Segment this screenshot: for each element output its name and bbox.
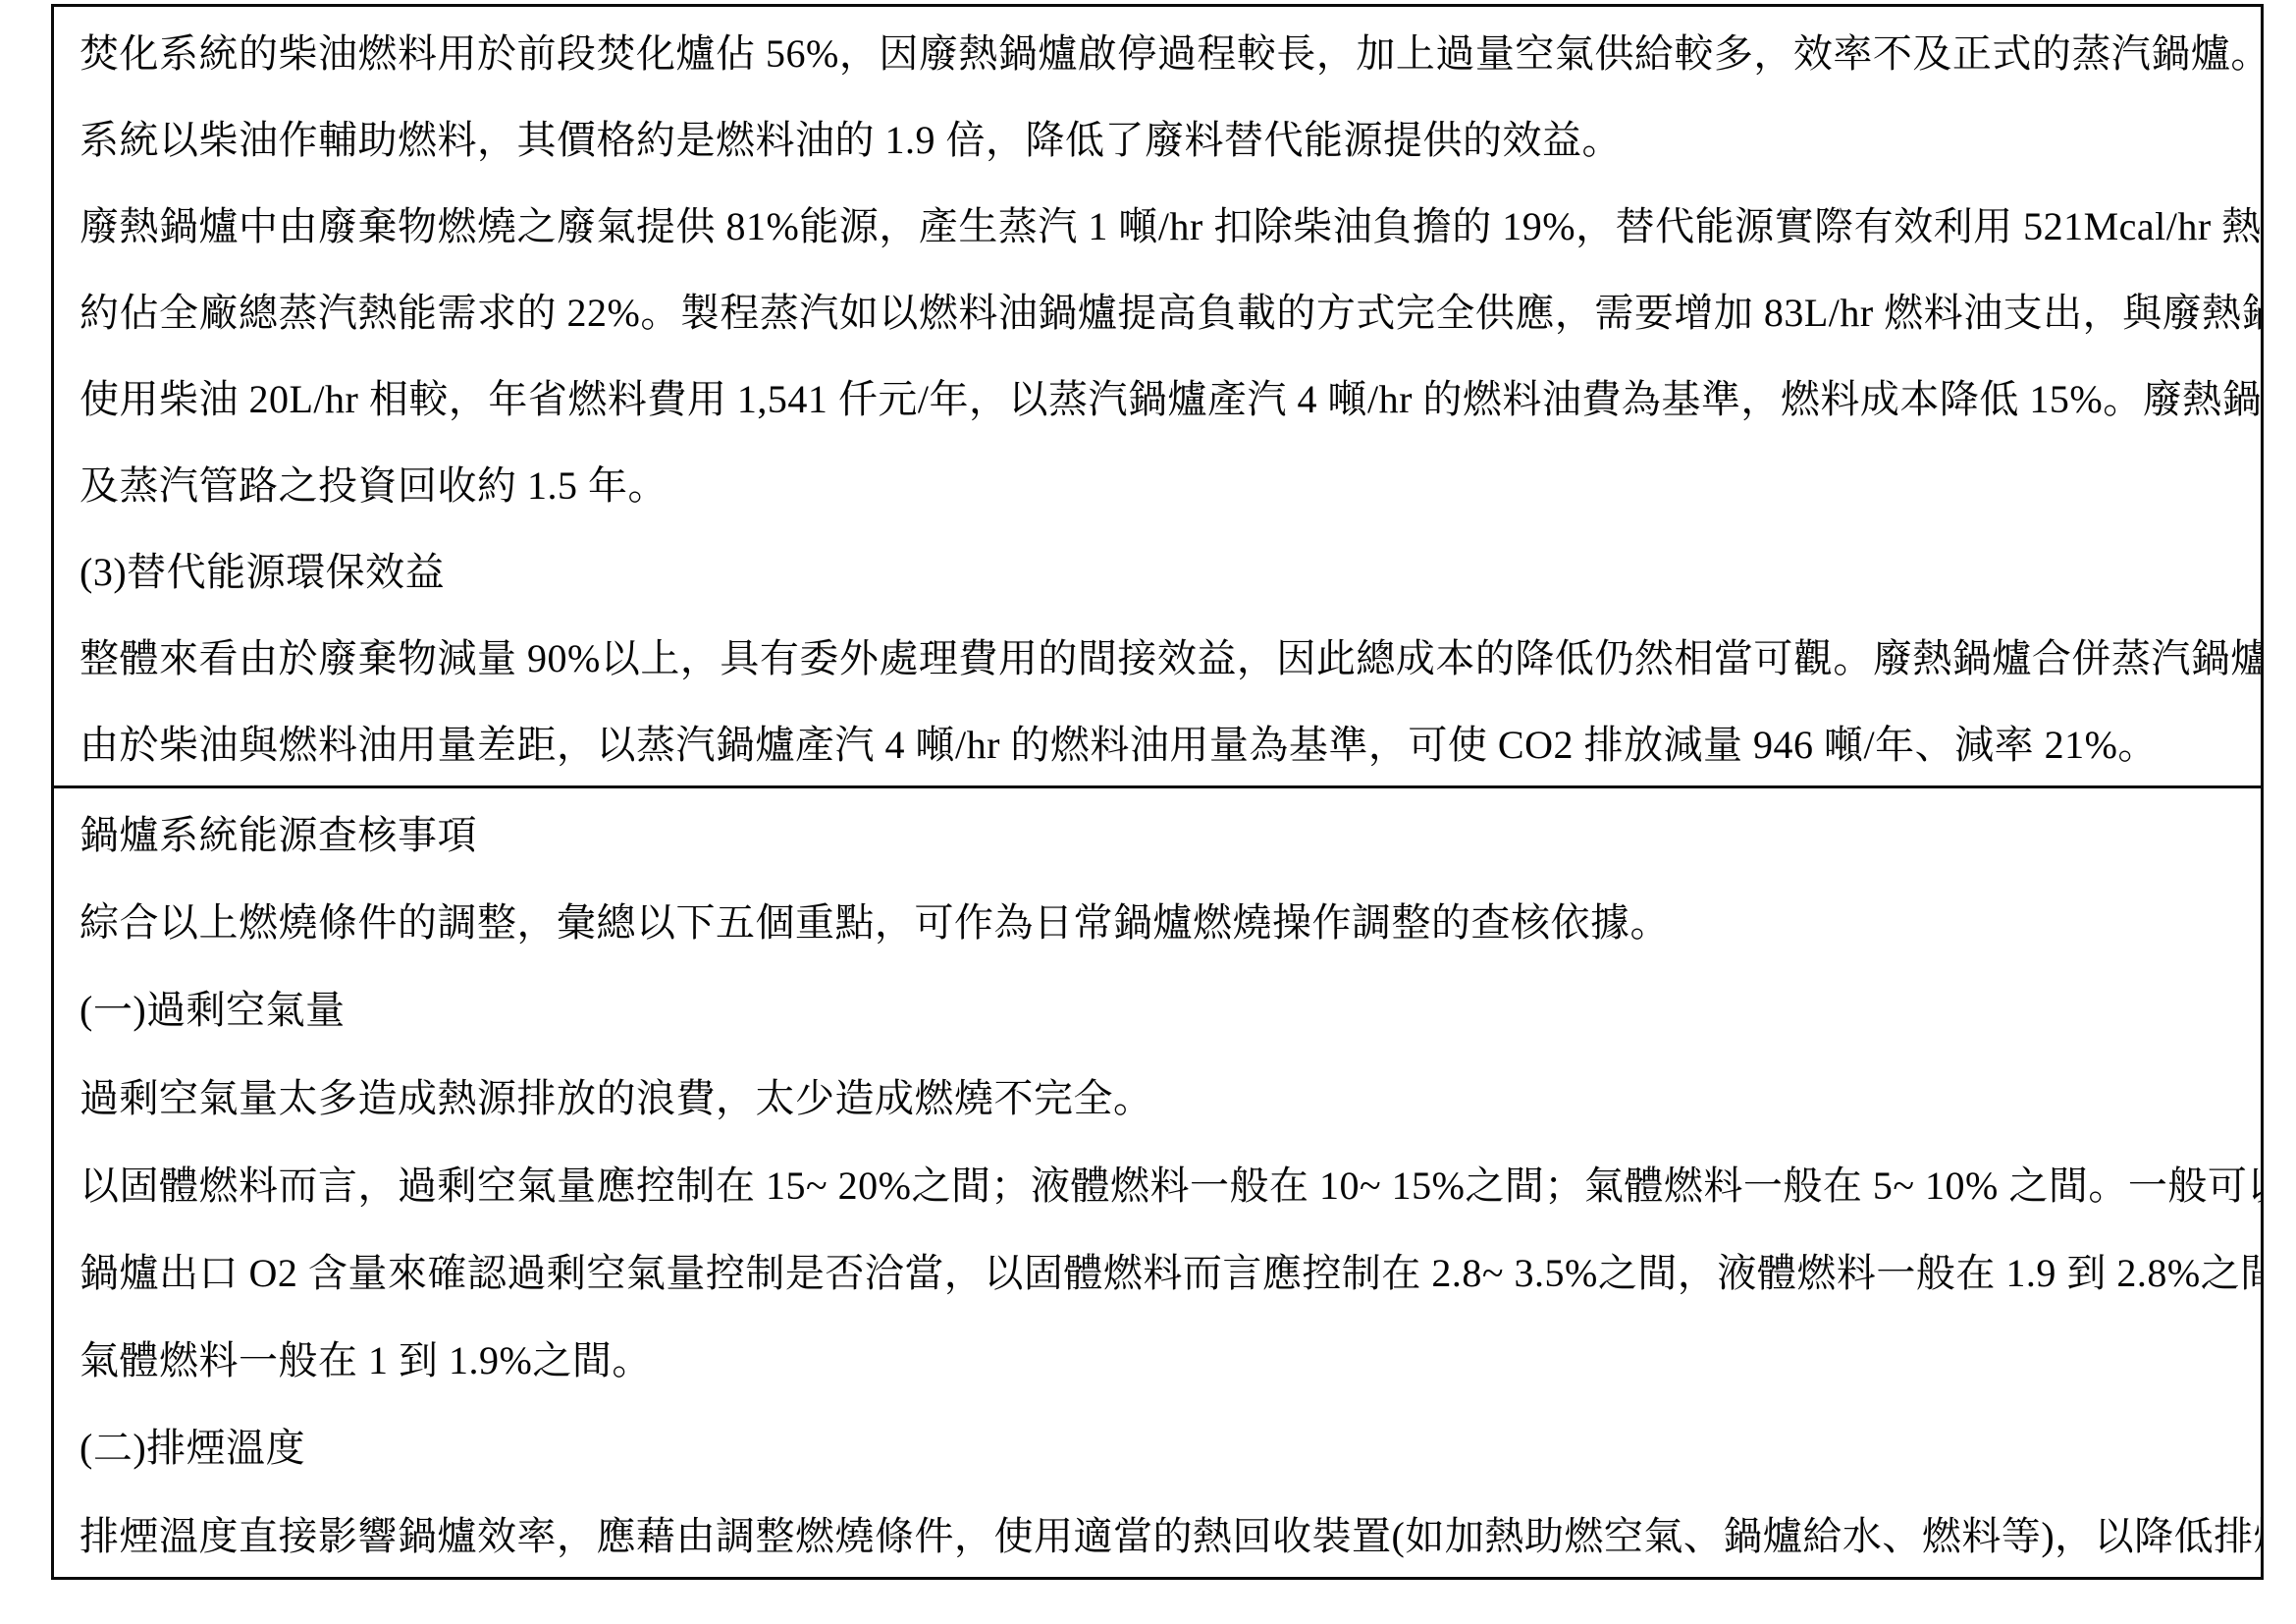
text-line: 廢熱鍋爐中由廢棄物燃燒之廢氣提供 81%能源，產生蒸汽 1 噸/hr 扣除柴油負… — [80, 180, 2253, 266]
text-line: 整體來看由於廢棄物減量 90%以上，具有委外處理費用的間接效益，因此總成本的降低… — [80, 613, 2253, 699]
text-line: 排煙溫度直接影響鍋爐效率，應藉由調整燃燒條件，使用適當的熱回收裝置(如加熱助燃空… — [80, 1489, 2253, 1577]
document-table: 焚化系統的柴油燃料用於前段焚化爐佔 56%，因廢熱鍋爐啟停過程較長，加上過量空氣… — [51, 4, 2264, 1580]
text-line: 鍋爐出口 O2 含量來確認過剩空氣量控制是否洽當，以固體燃料而言應控制在 2.8… — [80, 1226, 2253, 1314]
section-heading: (二)排煙溫度 — [80, 1401, 2253, 1489]
text-line: 以固體燃料而言，過剩空氣量應控制在 15~ 20%之間；液體燃料一般在 10~ … — [80, 1139, 2253, 1226]
text-line: 約佔全廠總蒸汽熱能需求的 22%。製程蒸汽如以燃料油鍋爐提高負載的方式完全供應，… — [80, 266, 2253, 352]
text-line: 使用柴油 20L/hr 相較，年省燃料費用 1,541 仟元/年，以蒸汽鍋爐產汽… — [80, 352, 2253, 439]
text-line: 氣體燃料一般在 1 到 1.9%之間。 — [80, 1314, 2253, 1401]
section-heading: (3)替代能源環保效益 — [80, 526, 2253, 613]
section-heading: (一)過剩空氣量 — [80, 963, 2253, 1051]
section-alternative-energy-benefits: 焚化系統的柴油燃料用於前段焚化爐佔 56%，因廢熱鍋爐啟停過程較長，加上過量空氣… — [54, 7, 2261, 788]
document-page: 焚化系統的柴油燃料用於前段焚化爐佔 56%，因廢熱鍋爐啟停過程較長，加上過量空氣… — [0, 0, 2296, 1624]
section-boiler-energy-audit: 鍋爐系統能源查核事項 綜合以上燃燒條件的調整，彙總以下五個重點，可作為日常鍋爐燃… — [54, 788, 2261, 1577]
text-line: 由於柴油與燃料油用量差距，以蒸汽鍋爐產汽 4 噸/hr 的燃料油用量為基準，可使… — [80, 699, 2253, 785]
text-line: 系統以柴油作輔助燃料，其價格約是燃料油的 1.9 倍，降低了廢料替代能源提供的效… — [80, 93, 2253, 180]
text-line: 過剩空氣量太多造成熱源排放的浪費，太少造成燃燒不完全。 — [80, 1052, 2253, 1139]
text-line: 焚化系統的柴油燃料用於前段焚化爐佔 56%，因廢熱鍋爐啟停過程較長，加上過量空氣… — [80, 7, 2253, 93]
text-line: 及蒸汽管路之投資回收約 1.5 年。 — [80, 439, 2253, 525]
text-line: 綜合以上燃燒條件的調整，彙總以下五個重點，可作為日常鍋爐燃燒操作調整的查核依據。 — [80, 876, 2253, 963]
section-heading: 鍋爐系統能源查核事項 — [80, 788, 2253, 876]
